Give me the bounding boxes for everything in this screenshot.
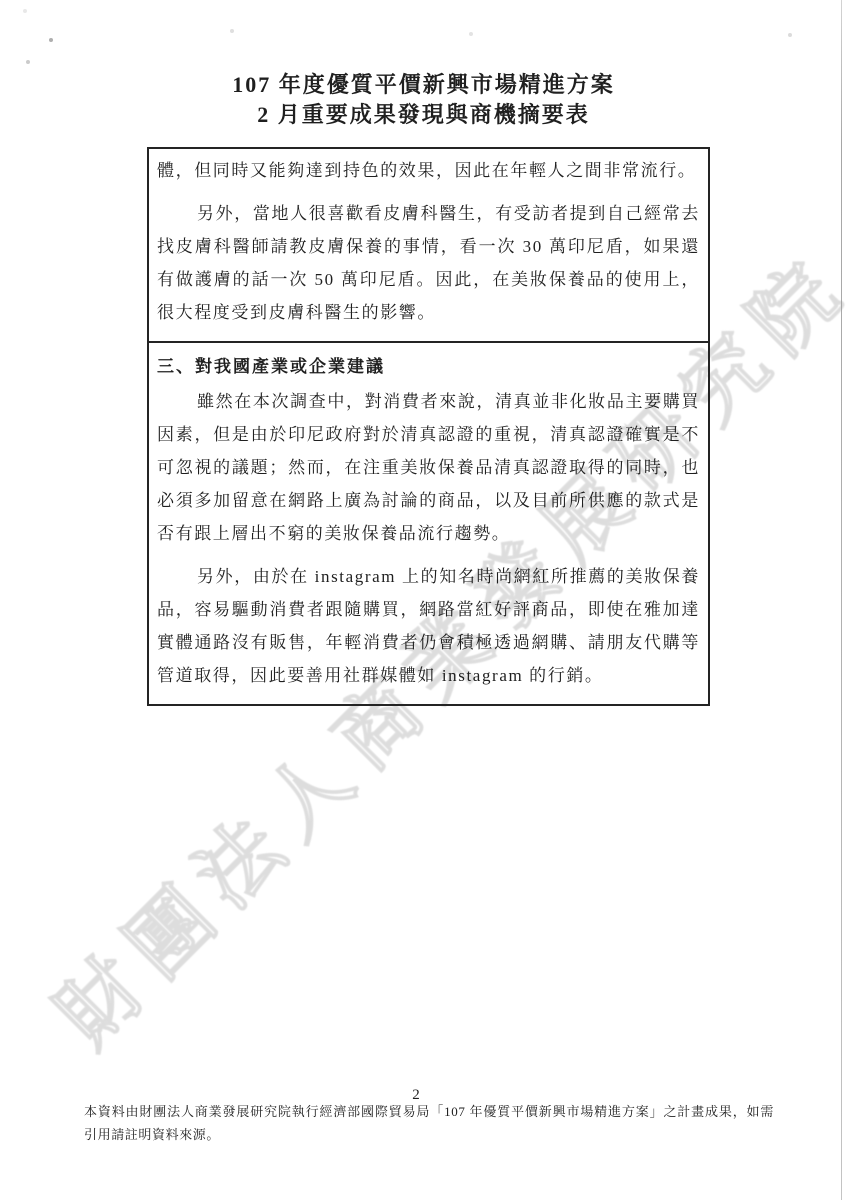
scan-edge-line bbox=[841, 0, 842, 1200]
document-page: 財團法人商業發展研究院 107 年度優質平價新興市場精進方案 2 月重要成果發現… bbox=[0, 0, 847, 1200]
footer-note: 本資料由財團法人商業發展研究院執行經濟部國際貿易局「107 年優質平價新興市場精… bbox=[84, 1100, 774, 1146]
section-suggestions: 三、對我國產業或企業建議 雖然在本次調查中，對消費者來說，清真並非化妝品主要購買… bbox=[149, 343, 708, 704]
section-continued-findings: 體，但同時又能夠達到持色的效果，因此在年輕人之間非常流行。 另外，當地人很喜歡看… bbox=[149, 149, 708, 341]
paragraph-dermatologist: 另外，當地人很喜歡看皮膚科醫生，有受訪者提到自己經常去找皮膚科醫師請教皮膚保養的… bbox=[157, 197, 700, 329]
scan-noise-specks bbox=[0, 0, 2, 2]
paragraph-instagram-marketing: 另外，由於在 instagram 上的知名時尚網紅所推薦的美妝保養品，容易驅動消… bbox=[157, 560, 700, 692]
paragraph-continued: 體，但同時又能夠達到持色的效果，因此在年輕人之間非常流行。 bbox=[157, 154, 700, 187]
document-title-line2: 2 月重要成果發現與商機摘要表 bbox=[0, 100, 847, 130]
document-title: 107 年度優質平價新興市場精進方案 2 月重要成果發現與商機摘要表 bbox=[0, 70, 847, 130]
document-title-line1: 107 年度優質平價新興市場精進方案 bbox=[0, 70, 847, 100]
summary-table-box: 體，但同時又能夠達到持色的效果，因此在年輕人之間非常流行。 另外，當地人很喜歡看… bbox=[147, 147, 710, 706]
paragraph-halal-certification: 雖然在本次調查中，對消費者來說，清真並非化妝品主要購買因素，但是由於印尼政府對於… bbox=[157, 385, 700, 550]
section-heading-suggestions: 三、對我國產業或企業建議 bbox=[157, 350, 700, 383]
